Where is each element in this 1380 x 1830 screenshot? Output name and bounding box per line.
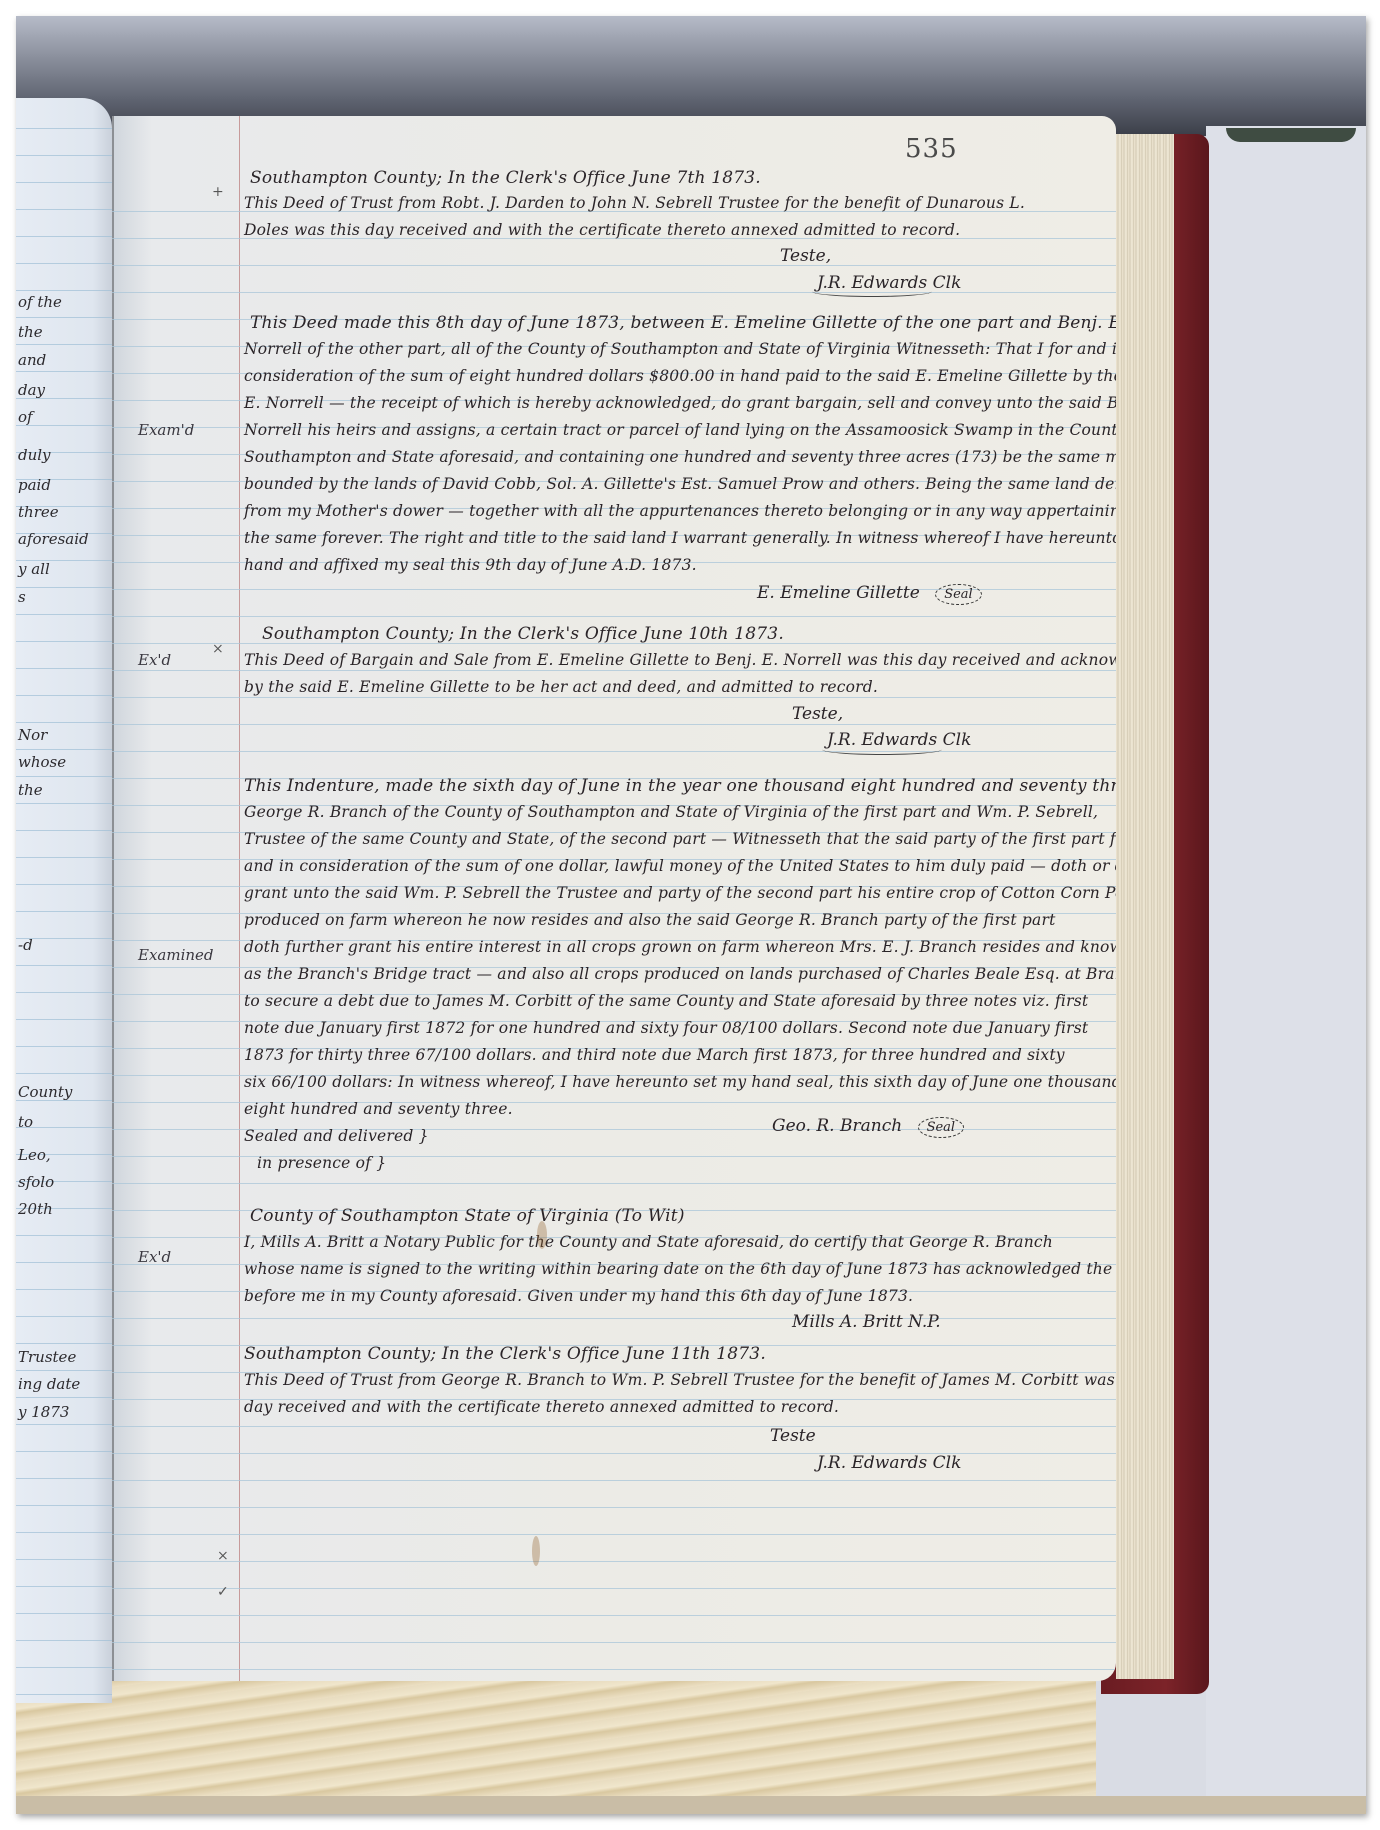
ruled-line (16, 749, 112, 750)
left-page-text-fragment: s (18, 588, 26, 606)
left-page-text-fragment: the (18, 781, 43, 799)
ruled-line (16, 1505, 112, 1506)
left-page-text-fragment: ing date (18, 1375, 80, 1393)
ruled-line (112, 1426, 1116, 1427)
entry-line: whose name is signed to the writing with… (244, 1260, 1116, 1278)
witness-label: in presence of } (257, 1154, 386, 1172)
margin-note-examined: Exam'd (138, 421, 194, 439)
ruled-line (112, 670, 1116, 671)
witness-label: Sealed and delivered } (244, 1127, 429, 1145)
left-page-text-fragment: and (18, 351, 46, 369)
left-page-text-fragment: to (18, 1113, 33, 1131)
ruled-line (16, 722, 112, 723)
ruled-line (16, 1397, 112, 1398)
entry-line: by the said E. Emeline Gillette to be he… (244, 678, 878, 696)
margin-line (239, 116, 240, 1681)
entry-line: before me in my County aforesaid. Given … (244, 1287, 913, 1305)
entry-line: hand and affixed my seal this 9th day of… (244, 556, 697, 574)
ruled-line (16, 371, 112, 372)
ruled-line (16, 1478, 112, 1479)
ruled-line (16, 1046, 112, 1047)
entry-line: Norrell his heirs and assigns, a certain… (244, 421, 1116, 439)
margin-note-examined: Examined (138, 946, 214, 964)
seal-mark: Seal (935, 584, 982, 605)
left-page-text-fragment: day (18, 381, 45, 399)
entry-line: This Deed made this 8th day of June 1873… (250, 313, 1116, 333)
ink-stain (532, 1536, 540, 1566)
clerk-signature: J.R. Edwards Clk (817, 1453, 961, 1473)
check-mark: ✓ (217, 1584, 229, 1600)
entry-line: This Deed of Trust from George R. Branch… (244, 1371, 1116, 1389)
entry-line: to secure a debt due to James M. Corbitt… (244, 992, 1088, 1010)
ruled-line (112, 1480, 1116, 1481)
ruled-line (16, 1532, 112, 1533)
entry-line: This Indenture, made the sixth day of Ju… (244, 776, 1116, 796)
left-page-text-fragment: three (18, 503, 59, 521)
margin-note-examined: Ex'd (138, 1248, 171, 1266)
entry-line: note due January first 1872 for one hund… (244, 1019, 1088, 1037)
ruled-line (16, 1613, 112, 1614)
ruled-line (16, 992, 112, 993)
ruled-line (112, 1642, 1116, 1643)
entry-line: Southampton County; In the Clerk's Offic… (262, 624, 784, 644)
entry-line: as the Branch's Bridge tract — and also … (244, 965, 1116, 983)
signature-text: Geo. R. Branch (772, 1116, 902, 1136)
cross-mark: + (212, 184, 224, 200)
ruled-line (16, 1424, 112, 1425)
green-tab (1226, 128, 1356, 142)
entry-line: Southampton County; In the Clerk's Offic… (244, 1344, 766, 1364)
ruled-line (16, 290, 112, 291)
ruled-line (112, 1615, 1116, 1616)
ruled-line (16, 1586, 112, 1587)
entry-line: six 66/100 dollars: In witness whereof, … (244, 1073, 1116, 1091)
attest-label: Teste (770, 1426, 816, 1446)
entry-line: Doles was this day received and with the… (244, 221, 960, 239)
entry-line: George R. Branch of the County of Southa… (244, 803, 1098, 821)
entry-line: produced on farm whereon he now resides … (244, 911, 1056, 929)
entry-line: E. Norrell — the receipt of which is her… (244, 394, 1116, 412)
ruled-line (16, 911, 112, 912)
ruled-line (112, 1561, 1116, 1562)
entry-line: 1873 for thirty three 67/100 dollars. an… (244, 1046, 1065, 1064)
left-page-text-fragment: County (18, 1083, 72, 1101)
entry-line: I, Mills A. Britt a Notary Public for th… (244, 1233, 1053, 1251)
ruled-line (16, 1019, 112, 1020)
entry-line: County of Southampton State of Virginia … (250, 1206, 685, 1226)
notary-signature: Mills A. Britt N.P. (792, 1312, 941, 1332)
entry-line: grant unto the said Wm. P. Sebrell the T… (244, 884, 1116, 902)
cross-mark: × (217, 1548, 229, 1564)
ruled-line (112, 697, 1116, 698)
entry-line: and in consideration of the sum of one d… (244, 857, 1116, 875)
left-page-text-fragment: whose (18, 753, 66, 771)
ruled-line (16, 695, 112, 696)
grantor-signature: E. Emeline Gillette Seal (757, 583, 982, 605)
signature-text: E. Emeline Gillette (757, 583, 920, 603)
background-surface (1206, 126, 1366, 1814)
ruled-line (112, 265, 1116, 266)
ruled-line (16, 1289, 112, 1290)
ruled-line (16, 344, 112, 345)
ruled-line (16, 128, 112, 129)
gutter (112, 116, 114, 1681)
left-page-text-fragment: Trustee (18, 1348, 76, 1366)
left-page-text-fragment: y all (18, 560, 50, 578)
attest-label: Teste, (780, 246, 831, 266)
ruled-line (16, 1370, 112, 1371)
entry-line: This Deed of Bargain and Sale from E. Em… (244, 651, 1116, 669)
ruled-line (16, 182, 112, 183)
entry-line: bounded by the lands of David Cobb, Sol.… (244, 475, 1116, 493)
ruled-line (112, 1507, 1116, 1508)
ruled-line (16, 1559, 112, 1560)
ruled-line (16, 1262, 112, 1263)
ruled-line (112, 616, 1116, 617)
cross-mark: × (212, 641, 224, 657)
seal-mark: Seal (918, 1117, 965, 1138)
left-page-text-fragment: duly (18, 446, 51, 464)
photograph-frame: of thetheanddayofdulypaidthreeaforesaidy… (16, 16, 1366, 1814)
ruled-line (16, 1073, 112, 1074)
left-page-text-fragment: aforesaid (18, 530, 89, 548)
grantor-signature: Geo. R. Branch Seal (772, 1116, 964, 1138)
left-page-text-fragment: of the (18, 293, 62, 311)
attest-label: Teste, (792, 704, 843, 724)
ruled-line (112, 724, 1116, 725)
ruled-line (16, 884, 112, 885)
ruled-line (16, 1451, 112, 1452)
ruled-line (16, 209, 112, 210)
ruled-line (112, 1534, 1116, 1535)
left-page-text-fragment: Leo, (18, 1146, 51, 1164)
ruled-line (16, 803, 112, 804)
ruled-line (16, 668, 112, 669)
ruled-line (112, 1453, 1116, 1454)
ruled-line (16, 155, 112, 156)
entry-line: This Deed of Trust from Robt. J. Darden … (244, 194, 1025, 212)
left-page-text-fragment: 20th (18, 1200, 53, 1218)
left-page-text-fragment: -d (18, 936, 33, 954)
ruled-line (112, 1588, 1116, 1589)
entry-line: eight hundred and seventy three. (244, 1100, 513, 1118)
ruled-line (112, 292, 1116, 293)
ruled-line (16, 317, 112, 318)
ruled-line (112, 1318, 1116, 1319)
entry-line: consideration of the sum of eight hundre… (244, 367, 1116, 385)
left-page-text-fragment: the (18, 323, 43, 341)
ruled-line (16, 236, 112, 237)
ruled-line (112, 1183, 1116, 1184)
ruled-line (16, 263, 112, 264)
ruled-line (16, 776, 112, 777)
signature-flourish (812, 286, 932, 297)
page-edges (1116, 134, 1174, 1679)
right-page: 535 + × × ✓ Exam'd Ex'd Examined Ex'd So… (112, 116, 1116, 1681)
ruled-line (112, 1669, 1116, 1670)
entry-line: day received and with the certificate th… (244, 1398, 839, 1416)
ruled-line (16, 1640, 112, 1641)
wooden-board (16, 1681, 1096, 1814)
ink-stain (537, 1221, 547, 1249)
entry-line: Southampton County; In the Clerk's Offic… (250, 168, 761, 188)
ruled-line (16, 1343, 112, 1344)
signature-flourish (822, 744, 942, 755)
ruled-line (16, 1235, 112, 1236)
entry-line: Trustee of the same County and State, of… (244, 830, 1116, 848)
ruled-line (16, 830, 112, 831)
margin-note-examined: Ex'd (138, 651, 171, 669)
ruled-line (16, 1316, 112, 1317)
ruled-line (16, 587, 112, 588)
ruled-line (16, 614, 112, 615)
left-page-text-fragment: paid (18, 476, 51, 494)
entry-line: Southampton and State aforesaid, and con… (244, 448, 1116, 466)
ruled-line (16, 1667, 112, 1668)
board-edge (16, 1796, 1366, 1814)
ruled-line (16, 857, 112, 858)
entry-line: from my Mother's dower — together with a… (244, 502, 1116, 520)
entry-line: doth further grant his entire interest i… (244, 938, 1116, 956)
left-page-text-fragment: of (18, 408, 33, 426)
entry-line: Norrell of the other part, all of the Co… (244, 340, 1116, 358)
left-page-text-fragment: y 1873 (18, 1403, 69, 1421)
ruled-line (112, 751, 1116, 752)
ruled-line (16, 1694, 112, 1695)
left-page-text-fragment: sfolo (18, 1173, 54, 1191)
entry-line: the same forever. The right and title to… (244, 529, 1116, 547)
left-page-text-fragment: Nor (18, 726, 47, 744)
ruled-line (16, 641, 112, 642)
page-number: 535 (905, 134, 958, 164)
left-page: of thetheanddayofdulypaidthreeaforesaidy… (16, 98, 112, 1703)
ruled-line (16, 965, 112, 966)
